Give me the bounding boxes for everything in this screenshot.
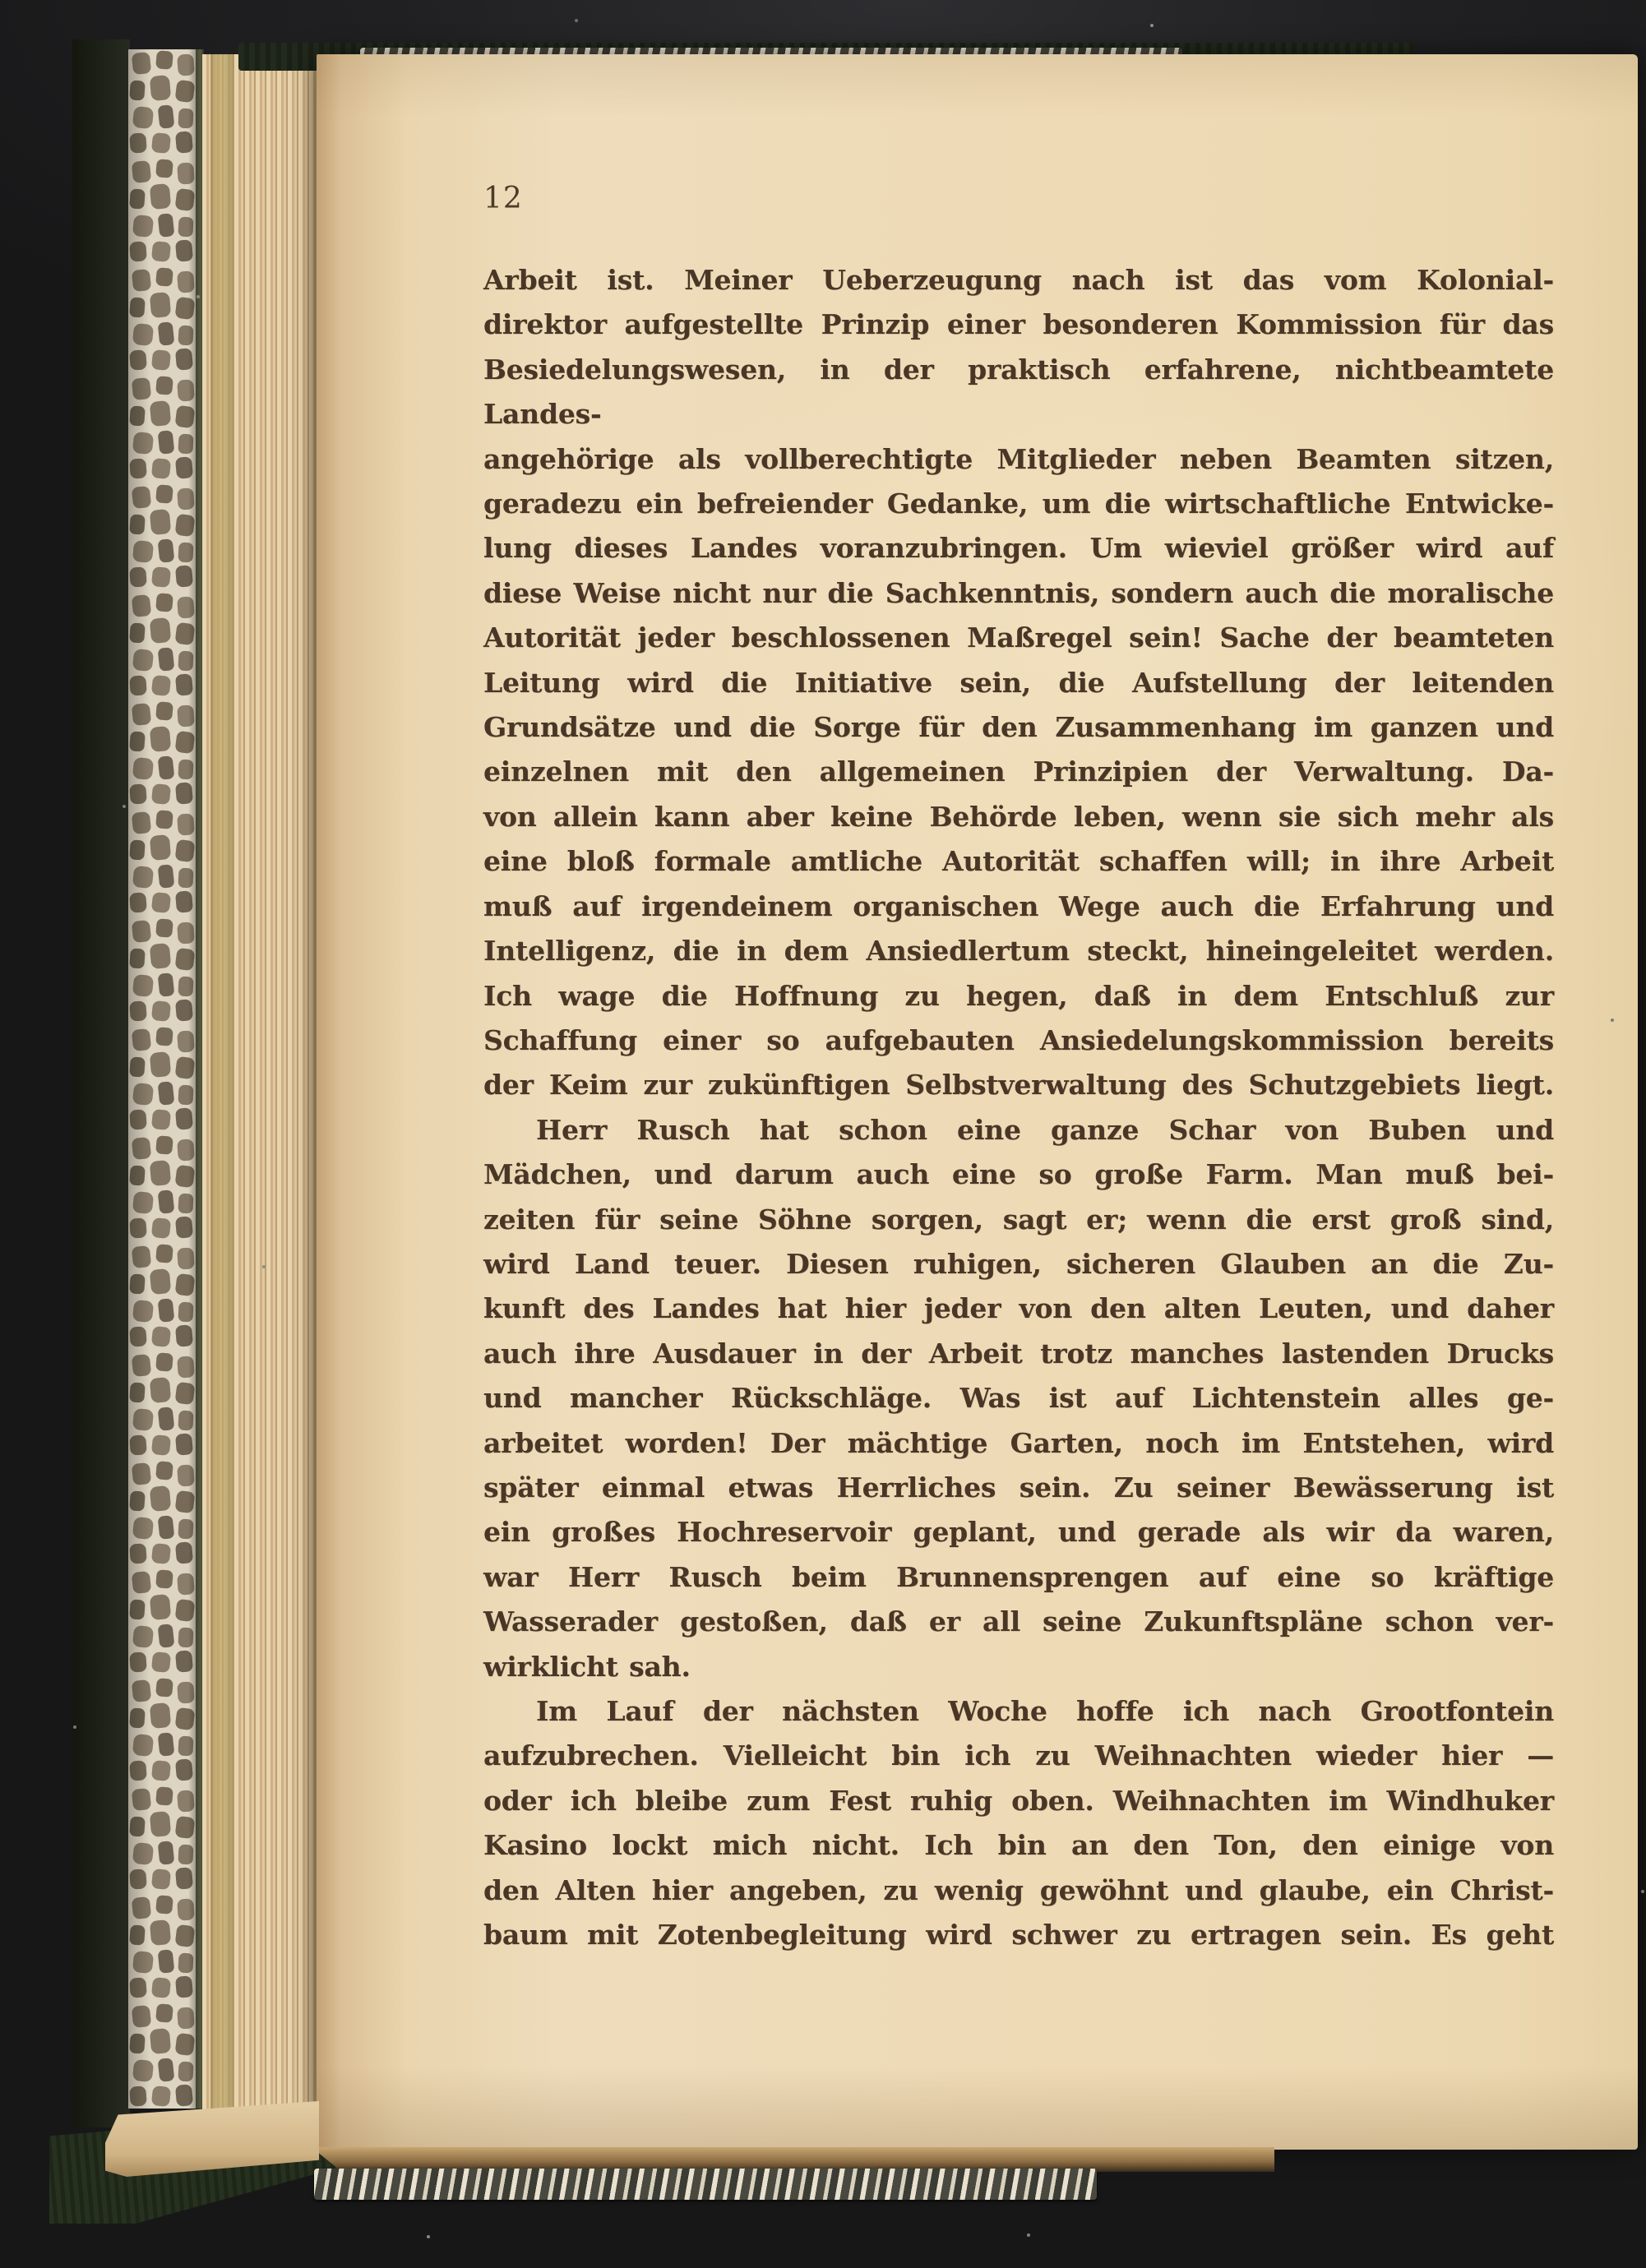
text-line: Im Lauf der nächsten Woche hoffe ich nac…	[483, 1689, 1554, 1734]
text-line: Schaffung einer so aufgebauten Ansiedelu…	[483, 1019, 1554, 1063]
text-line: Mädchen, und darum auch eine so große Fa…	[483, 1152, 1554, 1197]
text-line: und mancher Rückschläge. Was ist auf Lic…	[483, 1376, 1554, 1420]
text-line: Grundsätze und die Sorge für den Zusamme…	[483, 705, 1554, 750]
text-line: Autorität jeder beschlossenen Maßregel s…	[483, 616, 1554, 660]
text-line: auch ihre Ausdauer in der Arbeit trotz m…	[483, 1332, 1554, 1376]
text-line: eine bloß formale amtliche Autorität sch…	[483, 839, 1554, 884]
text-line: baum mit Zotenbegleitung wird schwer zu …	[483, 1913, 1554, 1957]
text-block: Arbeit ist. Meiner Ueberzeugung nach ist…	[483, 258, 1554, 1957]
text-line: Besiedelungswesen, in der praktisch erfa…	[483, 348, 1554, 437]
text-line: einzelnen mit den allgemeinen Prinzipien…	[483, 750, 1554, 794]
dust-specks	[0, 0, 2, 2]
text-line: den Alten hier angeben, zu wenig gewöhnt…	[483, 1868, 1554, 1913]
text-line: zeiten für seine Söhne sorgen, sagt er; …	[483, 1198, 1554, 1242]
book-page: 12 Arbeit ist. Meiner Ueberzeugung nach …	[317, 54, 1638, 2150]
headband-bottom	[314, 2169, 1097, 2200]
text-line: wirklicht sah.	[483, 1645, 1554, 1689]
paragraph: Arbeit ist. Meiner Ueberzeugung nach ist…	[483, 258, 1554, 1108]
text-line: direktor aufgestellte Prinzip einer beso…	[483, 303, 1554, 347]
text-line: Leitung wird die Initiative sein, die Au…	[483, 661, 1554, 705]
text-line: später einmal etwas Herrliches sein. Zu …	[483, 1466, 1554, 1510]
text-line: angehörige als vollberechtigte Mitgliede…	[483, 437, 1554, 482]
text-line: aufzubrechen. Vielleicht bin ich zu Weih…	[483, 1734, 1554, 1778]
spine-marbled-paper	[128, 49, 199, 2109]
paragraph: Herr Rusch hat schon eine ganze Schar vo…	[483, 1108, 1554, 1689]
book-photo: 12 Arbeit ist. Meiner Ueberzeugung nach …	[0, 0, 1646, 2268]
text-line: Intelligenz, die in dem Ansiedlertum ste…	[483, 929, 1554, 973]
text-line: Kasino lockt mich nicht. Ich bin an den …	[483, 1823, 1554, 1868]
text-line: muß auf irgendeinem organischen Wege auc…	[483, 885, 1554, 929]
text-line: wird Land teuer. Diesen ruhigen, sichere…	[483, 1242, 1554, 1286]
text-line: geradezu ein befreiender Gedanke, um die…	[483, 482, 1554, 526]
text-line: von allein kann aber keine Behörde leben…	[483, 795, 1554, 839]
text-line: Arbeit ist. Meiner Ueberzeugung nach ist…	[483, 258, 1554, 303]
page-number: 12	[483, 182, 582, 215]
text-line: oder ich bleibe zum Fest ruhig oben. Wei…	[483, 1779, 1554, 1823]
text-line: Ich wage die Hoffnung zu hegen, daß in d…	[483, 974, 1554, 1019]
text-line: Herr Rusch hat schon eine ganze Schar vo…	[483, 1108, 1554, 1152]
text-line: ein großes Hochreservoir geplant, und ge…	[483, 1510, 1554, 1554]
text-line: war Herr Rusch beim Brunnensprengen auf …	[483, 1555, 1554, 1600]
text-line: Wasserader gestoßen, daß er all seine Zu…	[483, 1600, 1554, 1644]
text-line: lung dieses Landes voranzubringen. Um wi…	[483, 526, 1554, 570]
text-line: diese Weise nicht nur die Sachkenntnis, …	[483, 571, 1554, 616]
paragraph: Im Lauf der nächsten Woche hoffe ich nac…	[483, 1689, 1554, 1957]
book-cover-left-edge	[72, 39, 130, 2127]
text-line: kunft des Landes hat hier jeder von den …	[483, 1286, 1554, 1331]
page-block-fore-edges	[202, 54, 319, 2146]
text-line: der Keim zur zukünftigen Selbstverwaltun…	[483, 1063, 1554, 1107]
text-line: arbeitet worden! Der mächtige Garten, no…	[483, 1421, 1554, 1466]
